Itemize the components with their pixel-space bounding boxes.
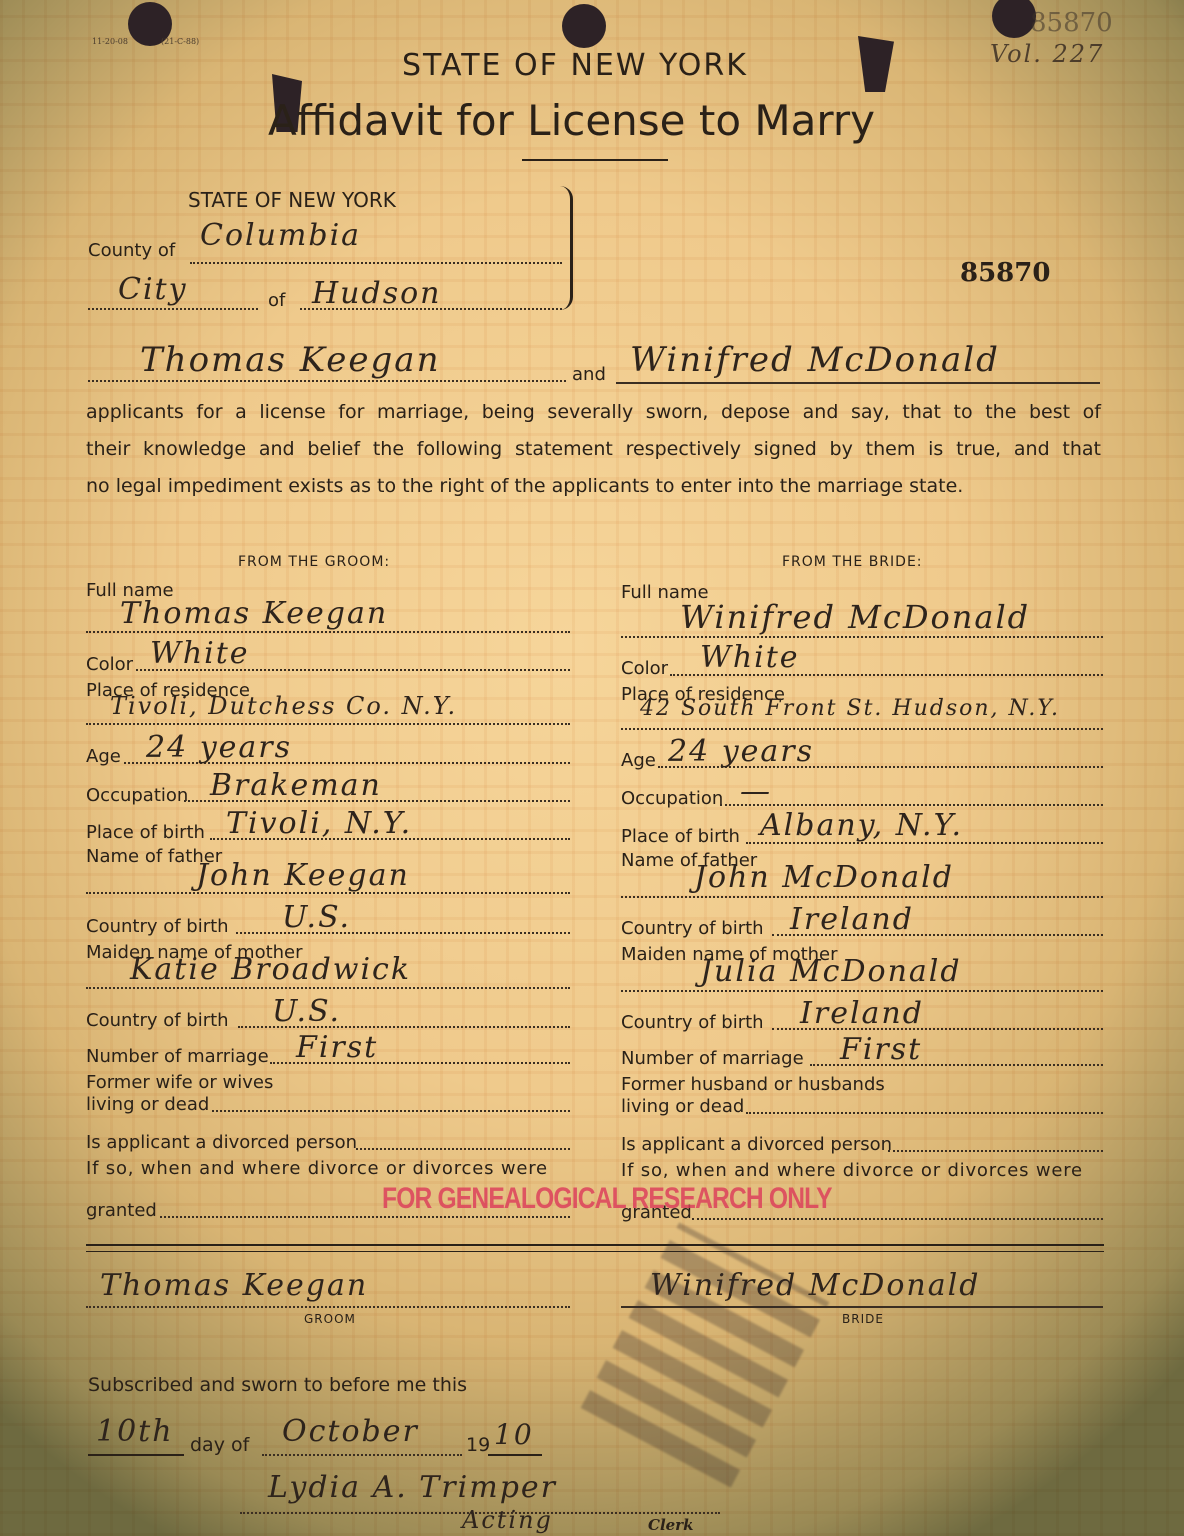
groom-birthplace[interactable]: Tivoli, N.Y. (226, 806, 412, 841)
jurat-year-suffix[interactable]: 10 (494, 1418, 534, 1451)
bride-marriage-number[interactable]: First (840, 1032, 922, 1067)
groom-occupation[interactable]: Brakeman (210, 768, 382, 803)
groom-age-label: Age (86, 746, 121, 767)
sworn-label: Subscribed and sworn to before me this (88, 1374, 467, 1396)
form-code-left: 11-20-08 (92, 37, 128, 46)
jurat-day[interactable]: 10th (96, 1414, 174, 1449)
groom-divorce-when-label: If so, when and where divorce or divorce… (86, 1158, 548, 1179)
venue-state: STATE OF NEW YORK (188, 188, 396, 212)
groom-color[interactable]: White (150, 636, 250, 671)
venue-brace (560, 186, 573, 310)
groom-birthplace-label: Place of birth (86, 822, 205, 843)
groom-former-spouse-label-2: living or dead (86, 1094, 209, 1115)
document-title: Affidavit for License to Marry (268, 96, 875, 145)
genealogical-research-stamp: FOR GENEALOGICAL RESEARCH ONLY (382, 1182, 832, 1216)
bride-age-label: Age (621, 750, 656, 771)
groom-mother-line (86, 987, 570, 989)
day-of-label: day of (190, 1434, 249, 1456)
groom-former-spouse-line (212, 1110, 570, 1112)
groom-mother-country-label: Country of birth (86, 1010, 229, 1031)
bride-former-spouse-line (746, 1112, 1103, 1114)
bride-heading: FROM THE BRIDE: (782, 554, 923, 570)
bride-birthplace-label: Place of birth (621, 826, 740, 847)
bride-applicant-line (616, 382, 1100, 384)
of-label: of (268, 290, 285, 311)
bride-mother-line (621, 990, 1103, 992)
bride-residence[interactable]: 42 South Front St. Hudson, N.Y. (640, 696, 1060, 721)
groom-divorced-line (356, 1148, 570, 1150)
groom-full-name-line (86, 631, 570, 633)
oath-line-3: no legal impediment exists as to the rig… (86, 468, 1101, 505)
city-value[interactable]: Hudson (312, 276, 441, 311)
bride-full-name[interactable]: Winifred McDonald (680, 598, 1030, 636)
bride-mother[interactable]: Julia McDonald (700, 954, 962, 989)
groom-marriage-number-label: Number of marriage (86, 1046, 269, 1067)
bride-signature-label: BRIDE (842, 1312, 884, 1326)
certificate-number: 85870 (960, 258, 1050, 288)
bride-mother-country[interactable]: Ireland (800, 996, 924, 1031)
bride-occupation[interactable]: — (740, 774, 772, 809)
title-underline (522, 159, 668, 161)
groom-former-spouse-label-1: Former wife or wives (86, 1072, 273, 1093)
signature-divider-bottom (86, 1251, 1104, 1252)
binder-tab-right (858, 36, 894, 92)
groom-full-name[interactable]: Thomas Keegan (120, 596, 388, 631)
city-type-value[interactable]: City (118, 272, 188, 307)
jurat-month[interactable]: October (282, 1414, 419, 1449)
groom-father-country[interactable]: U.S. (282, 900, 351, 935)
bride-occupation-label: Occupation (621, 788, 723, 809)
corner-number-annotation: 85870 (1030, 8, 1113, 38)
groom-marriage-number[interactable]: First (296, 1030, 378, 1065)
punch-hole-center (562, 4, 606, 48)
bride-mother-country-label: Country of birth (621, 1012, 764, 1033)
bride-former-spouse-label-1: Former husband or husbands (621, 1074, 885, 1095)
bride-full-name-line (621, 636, 1103, 638)
groom-granted-label: granted (86, 1200, 157, 1221)
oath-line-1: applicants for a license for marriage, b… (86, 394, 1101, 431)
bride-occupation-line (720, 804, 1103, 806)
groom-signature-label: GROOM (304, 1312, 356, 1326)
bride-father-line (621, 896, 1103, 898)
header-state: STATE OF NEW YORK (402, 48, 748, 83)
groom-color-label: Color (86, 654, 133, 675)
bride-divorced-label: Is applicant a divorced person (621, 1134, 892, 1155)
bride-granted-line (692, 1218, 1103, 1220)
bride-father[interactable]: John McDonald (694, 860, 954, 895)
and-label: and (572, 364, 606, 385)
year-line (488, 1454, 542, 1456)
bride-color-label: Color (621, 658, 668, 679)
oath-paragraph: applicants for a license for marriage, b… (86, 394, 1101, 505)
groom-applicant-name[interactable]: Thomas Keegan (140, 340, 440, 380)
form-code: 11-20-08 (21-C-88) (92, 37, 199, 46)
year-prefix: 19 (466, 1434, 490, 1456)
bride-color[interactable]: White (700, 640, 800, 675)
bride-applicant-name[interactable]: Winifred McDonald (630, 340, 1000, 380)
month-line (262, 1454, 462, 1456)
groom-signature[interactable]: Thomas Keegan (100, 1268, 368, 1303)
oath-line-2: their knowledge and belief the following… (86, 431, 1101, 468)
groom-heading: FROM THE GROOM: (238, 554, 390, 570)
groom-applicant-line (88, 380, 566, 382)
groom-residence-line (86, 723, 570, 725)
form-code-right: (21-C-88) (161, 37, 199, 46)
bride-birthplace[interactable]: Albany, N.Y. (760, 808, 963, 843)
groom-mother-country[interactable]: U.S. (272, 994, 341, 1029)
received-date-stamp (581, 1222, 830, 1487)
county-line (190, 262, 562, 264)
volume-annotation: Vol. 227 (990, 40, 1104, 68)
bride-father-country[interactable]: Ireland (790, 902, 914, 937)
groom-signature-line (86, 1306, 570, 1308)
groom-divorced-label: Is applicant a divorced person (86, 1132, 357, 1153)
bride-divorce-when-label: If so, when and where divorce or divorce… (621, 1160, 1083, 1181)
bride-residence-line (621, 728, 1103, 730)
bride-father-country-label: Country of birth (621, 918, 764, 939)
groom-age[interactable]: 24 years (146, 730, 292, 765)
clerk-signature[interactable]: Lydia A. Trimper (268, 1470, 557, 1505)
bride-divorced-line (888, 1150, 1103, 1152)
groom-father[interactable]: John Keegan (196, 858, 410, 893)
clerk-title-handwritten: Acting (462, 1506, 553, 1534)
groom-residence[interactable]: Tivoli, Dutchess Co. N.Y. (110, 692, 457, 720)
county-value[interactable]: Columbia (200, 218, 361, 253)
bride-age[interactable]: 24 years (668, 734, 814, 769)
day-line (88, 1454, 184, 1456)
groom-mother[interactable]: Katie Broadwick (130, 952, 411, 987)
groom-father-country-label: Country of birth (86, 916, 229, 937)
signature-divider-top (86, 1244, 1104, 1246)
groom-granted-line (160, 1216, 570, 1218)
groom-occupation-label: Occupation (86, 785, 188, 806)
city-type-line (88, 308, 258, 310)
bride-former-spouse-label-2: living or dead (621, 1096, 744, 1117)
bride-marriage-number-label: Number of marriage (621, 1048, 804, 1069)
county-label: County of (88, 240, 175, 261)
clerk-label: Clerk (648, 1516, 693, 1534)
